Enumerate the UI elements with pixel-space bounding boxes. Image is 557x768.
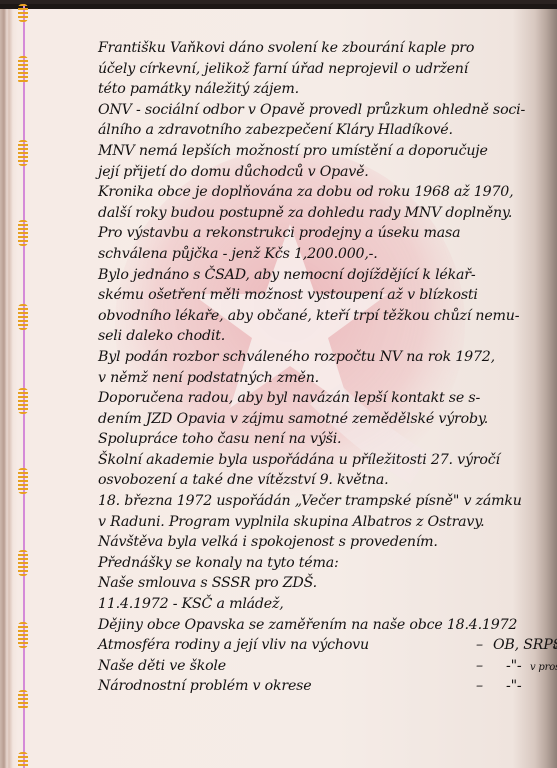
scan-top-shadow: [0, 4, 557, 9]
text-line: Dějiny obce Opavska se zaměřením na naše…: [98, 615, 548, 636]
text-line: ONV - sociální odbor v Opavě provedl prů…: [98, 100, 548, 121]
text-line: účely církevní, jelikož farní úřad nepro…: [98, 59, 548, 80]
text-line: álního a zdravotního zabezpečení Kláry H…: [98, 120, 548, 141]
text-line: Františku Vaňkovi dáno svolení ke zbourá…: [98, 38, 548, 59]
lecture-list-item: Naše děti ve škole – -"- v prosinci: [98, 656, 548, 677]
lecture-note: v říjnu: [553, 637, 557, 658]
lecture-date: -"-: [506, 656, 522, 677]
text-line: 11.4.1972 - KSČ a mládež,: [98, 594, 548, 615]
text-line: v Raduni. Program vyplnila skupina Albat…: [98, 512, 548, 533]
text-line: dením JZD Opavia v zájmu samotné zeměděl…: [98, 409, 548, 430]
text-line: této památky náležitý zájem.: [98, 79, 548, 100]
binding-coil-icon: [18, 468, 28, 494]
margin-line: [23, 4, 25, 768]
text-line: 18. března 1972 uspořádán „Večer trampsk…: [98, 491, 548, 512]
chronicle-text: Františku Vaňkovi dáno svolení ke zbourá…: [98, 38, 548, 697]
lecture-list-item: Národnostní problém v okrese – -"-: [98, 676, 548, 697]
text-line: seli daleko chodit.: [98, 326, 548, 347]
text-line: Byl podán rozbor schváleného rozpočtu NV…: [98, 347, 548, 368]
lecture-title: Naše děti ve škole: [98, 658, 226, 674]
lecture-dash: –: [476, 656, 483, 677]
text-line: Spolupráce toho času není na výši.: [98, 429, 548, 450]
text-line: Přednášky se konaly na tyto téma:: [98, 553, 548, 574]
text-line: skému ošetření měli možnost vystoupení a…: [98, 285, 548, 306]
lecture-list-item: Atmosféra rodiny a její vliv na výchovu …: [98, 635, 548, 656]
binding-coil-icon: [18, 752, 28, 768]
chronicle-page: Františku Vaňkovi dáno svolení ke zbourá…: [0, 4, 557, 768]
binding-coil-icon: [18, 4, 28, 22]
text-line: Kronika obce je doplňována za dobu od ro…: [98, 182, 548, 203]
lecture-date: -"-: [506, 676, 522, 697]
lecture-dash: –: [476, 676, 483, 697]
binding-coil-icon: [18, 56, 28, 84]
binding-coil-icon: [18, 388, 28, 414]
text-line: osvobození a také dne vítězství 9. květn…: [98, 470, 548, 491]
text-line: Doporučena radou, aby byl navázán lepší …: [98, 388, 548, 409]
lecture-title: Atmosféra rodiny a její vliv na výchovu: [98, 637, 369, 653]
lecture-title: Národnostní problém v okrese: [98, 678, 311, 694]
lecture-date: OB, SRPŠ: [493, 635, 557, 656]
binding-coil-icon: [18, 550, 28, 576]
text-line: schválena půjčka - jenž Kčs 1,200.000,-.: [98, 244, 548, 265]
text-line: Školní akademie byla uspořádána u přílež…: [98, 450, 548, 471]
text-line: její přijetí do domu důchodců v Opavě.: [98, 162, 548, 183]
text-line: obvodního lékaře, aby občané, kteří trpí…: [98, 306, 548, 327]
binding-coil-icon: [18, 304, 28, 330]
lecture-note: v prosinci: [530, 658, 557, 679]
text-line: Bylo jednáno s ČSAD, aby nemocní dojíždě…: [98, 265, 548, 286]
text-line: Návštěva byla velká i spokojenost s prov…: [98, 532, 548, 553]
text-line: MNV nemá lepších možností pro umístění a…: [98, 141, 548, 162]
text-line: v němž není podstatných změn.: [98, 368, 548, 389]
binding-coil-icon: [18, 622, 28, 648]
binding-coil-icon: [18, 140, 28, 166]
text-line: Naše smlouva s SSSR pro ZDŠ.: [98, 573, 548, 594]
binding-coil-icon: [18, 690, 28, 710]
text-line: další roky budou postupně za dohledu rad…: [98, 203, 548, 224]
lecture-dash: –: [476, 635, 483, 656]
text-line: Pro výstavbu a rekonstrukci prodejny a ú…: [98, 223, 548, 244]
binding-coil-icon: [18, 220, 28, 246]
